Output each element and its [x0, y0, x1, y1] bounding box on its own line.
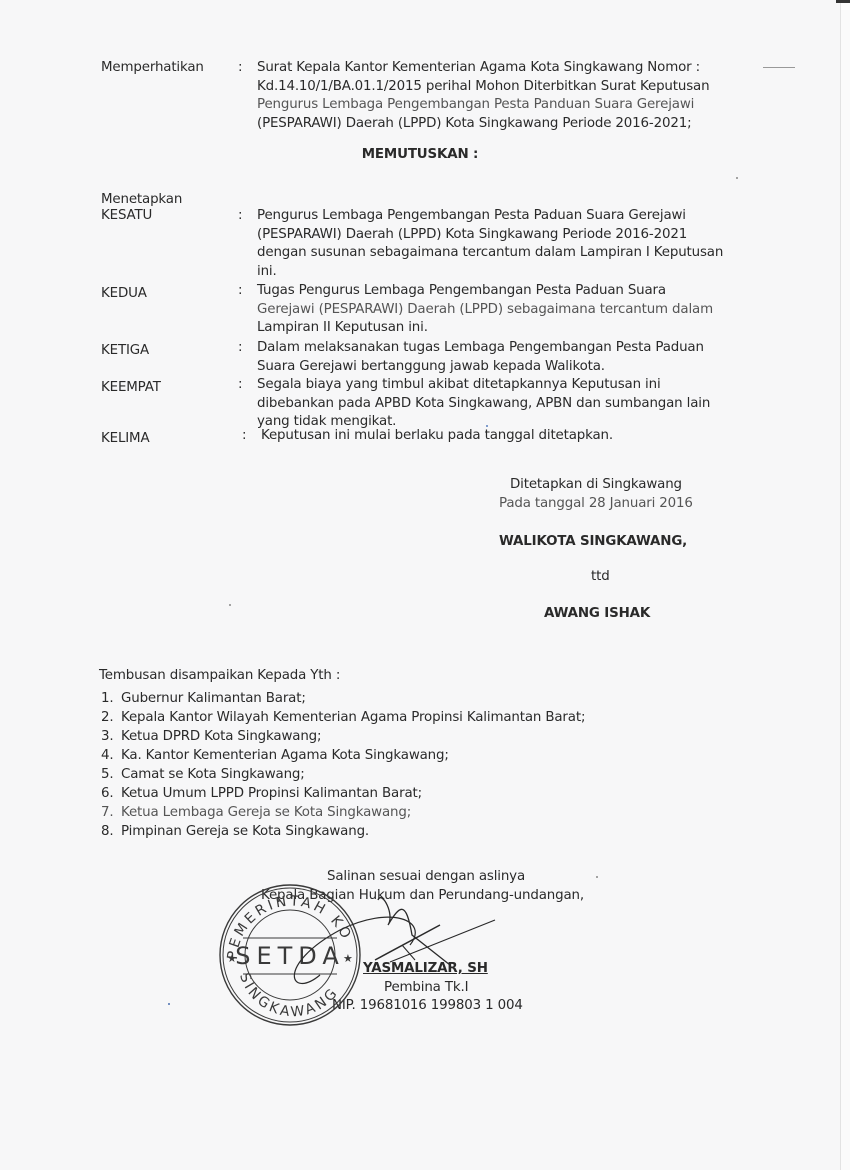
copies-item: 5.Camat se Kota Singkawang;: [101, 766, 585, 785]
considering-text: Surat Kepala Kantor Kementerian Agama Ko…: [257, 59, 747, 133]
considering-line: (PESPARAWI) Daerah (LPPD) Kota Singkawan…: [257, 115, 747, 134]
clause-line: ini.: [257, 263, 747, 282]
clause-line: Dalam melaksanakan tugas Lembaga Pengemb…: [257, 339, 747, 358]
clause-text: Pengurus Lembaga Pengembangan Pesta Padu…: [257, 207, 747, 281]
considering-line: Kd.14.10/1/BA.01.1/2015 perihal Mohon Di…: [257, 78, 747, 97]
enactment-date: Pada tanggal 28 Januari 2016: [499, 495, 693, 514]
copies-list: 1.Gubernur Kalimantan Barat; 2.Kepala Ka…: [101, 690, 585, 842]
copies-item: 6.Ketua Umum LPPD Propinsi Kalimantan Ba…: [101, 785, 585, 804]
clause-line: (PESPARAWI) Daerah (LPPD) Kota Singkawan…: [257, 226, 747, 245]
copies-heading: Tembusan disampaikan Kepada Yth :: [99, 667, 340, 686]
scanned-document-page: Memperhatikan : Surat Kepala Kantor Keme…: [0, 0, 850, 1170]
clause-line: Tugas Pengurus Lembaga Pengembangan Pest…: [257, 282, 747, 301]
clause-line: Pengurus Lembaga Pengembangan Pesta Padu…: [257, 207, 747, 226]
scan-speck: [736, 177, 738, 179]
clause-line: Segala biaya yang timbul akibat ditetapk…: [257, 376, 747, 395]
clause-ketiga: KETIGA : Dalam melaksanakan tugas Lembag…: [101, 339, 751, 377]
clause-line: Gerejawi (PESPARAWI) Daerah (LPPD) sebag…: [257, 301, 747, 320]
scan-mark: [763, 67, 795, 68]
clause-text: Tugas Pengurus Lembaga Pengembangan Pest…: [257, 282, 747, 338]
clause-colon: :: [238, 207, 242, 226]
considering-line: Surat Kepala Kantor Kementerian Agama Ko…: [257, 59, 747, 78]
mayor-title: WALIKOTA SINGKAWANG,: [499, 533, 687, 552]
copies-item: 8.Pimpinan Gereja se Kota Singkawang.: [101, 823, 585, 842]
clause-line: Lampiran II Keputusan ini.: [257, 319, 747, 338]
clause-label: KETIGA: [101, 342, 149, 361]
enactment-place: Ditetapkan di Singkawang: [510, 476, 682, 495]
considering-section: Memperhatikan : Surat Kepala Kantor Keme…: [101, 59, 751, 139]
page-right-edge: [840, 0, 850, 1170]
clause-label: KELIMA: [101, 430, 149, 449]
clause-text: Dalam melaksanakan tugas Lembaga Pengemb…: [257, 339, 747, 376]
copies-item: 2.Kepala Kantor Wilayah Kementerian Agam…: [101, 709, 585, 728]
clause-kelima: KELIMA : Keputusan ini mulai berlaku pad…: [101, 427, 751, 447]
copies-item: 4.Ka. Kantor Kementerian Agama Kota Sing…: [101, 747, 585, 766]
clause-line: dengan susunan sebagaimana tercantum dal…: [257, 244, 747, 263]
scan-speck: [168, 1003, 170, 1005]
clause-line: Suara Gerejawi bertanggung jawab kepada …: [257, 358, 747, 377]
clause-keempat: KEEMPAT : Segala biaya yang timbul akiba…: [101, 376, 751, 432]
copies-item: 3.Ketua DPRD Kota Singkawang;: [101, 728, 585, 747]
clause-label: KEDUA: [101, 285, 147, 304]
clause-kesatu: KESATU : Pengurus Lembaga Pengembangan P…: [101, 207, 751, 282]
clause-colon: :: [238, 282, 242, 301]
clause-text: Keputusan ini mulai berlaku pada tanggal…: [261, 427, 751, 446]
clause-line: dibebankan pada APBD Kota Singkawang, AP…: [257, 395, 747, 414]
clause-colon: :: [238, 376, 242, 395]
scan-speck: [486, 425, 488, 427]
considering-label: Memperhatikan: [101, 59, 204, 78]
clause-label: KEEMPAT: [101, 379, 161, 398]
scan-speck: [596, 876, 598, 878]
signed-marker: ttd: [591, 568, 610, 587]
considering-line: Pengurus Lembaga Pengembangan Pesta Pand…: [257, 96, 747, 115]
svg-text:★: ★: [227, 952, 237, 965]
copies-item: 1.Gubernur Kalimantan Barat;: [101, 690, 585, 709]
clause-kedua: KEDUA : Tugas Pengurus Lembaga Pengemban…: [101, 282, 751, 338]
clause-label: KESATU: [101, 207, 152, 226]
clause-colon: :: [242, 427, 246, 446]
clause-text: Segala biaya yang timbul akibat ditetapk…: [257, 376, 747, 432]
mayor-name: AWANG ISHAK: [544, 605, 650, 624]
scan-edge-mark: [836, 0, 850, 3]
considering-colon: :: [238, 59, 242, 78]
clause-colon: :: [238, 339, 242, 358]
scan-speck: [229, 604, 231, 606]
signature-icon: [280, 890, 520, 1000]
clause-line: Keputusan ini mulai berlaku pada tanggal…: [261, 427, 751, 446]
copies-item: 7.Ketua Lembaga Gereja se Kota Singkawan…: [101, 804, 585, 823]
decision-heading: MEMUTUSKAN :: [340, 146, 500, 165]
